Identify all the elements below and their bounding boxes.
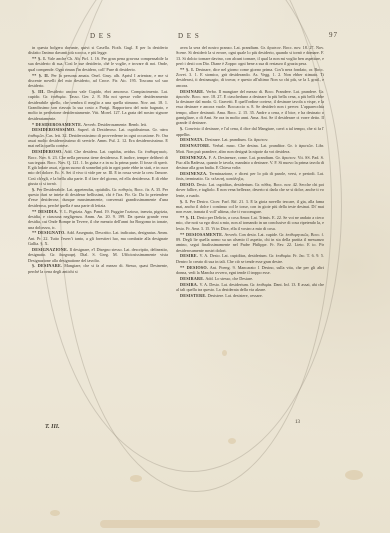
- entry-text: Desio. Lat. cupiditas, desiderium. Gr. π…: [176, 182, 324, 198]
- dictionary-entry: DESIRARE. Add. Lo stesso, che Desiare.: [176, 276, 324, 281]
- entry-text: Per Desiro. Cicer. Farf. Rif. 21. 3. E l…: [176, 199, 324, 215]
- entry-text: V. A. Desio. Lat. cupiditas, desiderium.…: [176, 253, 324, 263]
- entry-headword: ** DESIOSAMENTE.: [180, 232, 223, 237]
- entry-headword: DESISTERE.: [180, 293, 207, 298]
- dictionary-entry: DESINARE. Verbo. Il mangiare del mezzo d…: [176, 89, 324, 126]
- page-number: 97: [329, 31, 338, 39]
- dictionary-entry: in questa bolgera davante, quivi si Case…: [28, 45, 168, 56]
- dictionary-entry: DESISTERE. Desistere. Lat. desistere, ce…: [176, 293, 324, 298]
- entry-text: Desiderio ancora vale Cupido, ebri amoro…: [28, 89, 168, 120]
- foxing-stain: [345, 470, 363, 480]
- dictionary-entry: ** §. I. Desinare, dice nel giorno come …: [176, 67, 324, 88]
- entry-headword: ** §. I.: [180, 67, 194, 72]
- entry-headword: ** DESIDIA.: [32, 209, 58, 214]
- entry-text: V. A. Desio. Lat. desiderium. Gr. ἐπιθυμ…: [176, 282, 324, 292]
- foxing-stain: [50, 510, 60, 516]
- entry-text: Desinare, dice nel giorno come giorno pr…: [176, 67, 324, 88]
- entry-text: Add. Lo stesso, che Desiare.: [205, 276, 253, 281]
- dictionary-entry: DESIDEROSO. Add. Che desidera. Lat. cupi…: [28, 149, 168, 186]
- dictionary-entry: §. Convivio il desinare, e l'al cena, il…: [176, 126, 324, 137]
- entry-headword: ** DESIGNATO.: [32, 230, 66, 235]
- entry-text: Desistere. Lat. desistere, cessare.: [208, 293, 263, 298]
- entry-text: Per la persona amata. Onel. Gruy. alb. A…: [28, 73, 168, 89]
- entry-headword: DESINENZA.: [180, 171, 207, 176]
- dictionary-entry: ** §. I. Vale anche Ch. Ab. Pirl. 1. 16.…: [28, 56, 168, 72]
- entry-headword: ** §. II.: [32, 73, 49, 78]
- foxing-stain: [100, 520, 320, 528]
- entry-headword: §. DESINARE.: [32, 263, 62, 268]
- dictionary-entry: DESINENZA. Terminazione, e dicesi per lo…: [176, 171, 324, 182]
- entry-text: Verbo. Il mangiare del mezzo di. Bocc. P…: [176, 89, 324, 126]
- dictionary-entry: ** DESIDIA. V. L. Pigrizia. Agn. Pand. 1…: [28, 209, 168, 230]
- entry-headword: §.: [32, 187, 36, 192]
- dictionary-entry: ** DESIGNATO. Add. Assegnato, Descritto.…: [28, 230, 168, 246]
- dictionary-entry: ** DESIOSO. Ant. Poeng. 9. Mancarato 1 D…: [176, 265, 324, 276]
- gathering-number: 13: [295, 420, 300, 425]
- entry-text: avea la sera del nostro pranzo. Lat. pra…: [176, 45, 324, 66]
- header-left: D E S: [90, 32, 112, 40]
- entry-headword: DESINARE.: [180, 89, 205, 94]
- entry-headword: DESIGNAZIONE.: [32, 247, 68, 252]
- dictionary-entry: §. I. Per Desiro. Cicer. Farf. Rif. 21. …: [176, 199, 324, 215]
- dictionary-entry: DESINATORE. Verbal. masc. Che desina. La…: [176, 143, 324, 154]
- dictionary-entry: §. Per Desiderabile. Lat. appetendus, op…: [28, 187, 168, 208]
- dictionary-entry: ** DESIOSAMENTE. Avverb. Con desio. Lat.…: [176, 232, 324, 253]
- foxing-stain: [228, 438, 236, 444]
- entry-headword: DESIDEROSISSIMO.: [32, 127, 76, 132]
- entry-text: Per Desiderabile. Lat. appetendus, optab…: [28, 187, 168, 208]
- dictionary-entry: DESINENZA. F. A. Desinenze, come. Lat. p…: [176, 155, 324, 171]
- foxing-stain: [130, 475, 142, 482]
- entry-text: Convivio il desinare, e l'al cena, il di…: [176, 126, 324, 136]
- entry-headword: ** §. II.: [180, 215, 196, 220]
- header-center: D E S: [178, 32, 200, 40]
- entry-headword: ** §. I.: [32, 56, 46, 61]
- entry-headword: DESINATA.: [180, 137, 204, 142]
- dictionary-entry: DESIRA. V. A. Desio. Lat. desiderium. Gr…: [176, 282, 324, 293]
- dictionary-entry: avea la sera del nostro pranzo. Lat. pra…: [176, 45, 324, 66]
- entry-headword: DESIRA.: [180, 282, 198, 287]
- entry-text: Add. Che desidera. Lat. cupidus, avidus.…: [28, 149, 168, 186]
- entry-headword: DESIRE.: [180, 253, 198, 258]
- right-column: avea la sera del nostro pranzo. Lat. pra…: [176, 45, 324, 415]
- dictionary-entry: ** §. II. Per la persona amata. Onel. Gr…: [28, 73, 168, 89]
- entry-text: Avverb. Desiderosamente. Bemb. lett.: [83, 122, 147, 127]
- dictionary-entry: DESIRE. V. A. Desio. Lat. cupiditas, des…: [176, 253, 324, 264]
- dictionary-entry: * DESIDEROSAMENTE. Avverb. Desiderosamen…: [28, 122, 168, 127]
- entry-text: Vale anche Ch. Ab. Pirl. 1. 16. Per gran…: [28, 56, 168, 72]
- entry-text: Desio per Delirio, a cosa Amor. Lat. Tri…: [176, 215, 324, 231]
- dictionary-entry: DESINATA. Desinare. Lat. prandium. Gr. ἄ…: [176, 137, 324, 142]
- entry-headword: DESINENZA.: [180, 155, 207, 160]
- entry-headword: §. III.: [32, 89, 45, 94]
- dictionary-entry: DESIGNAZIONE. Il designare, e'l Disegno …: [28, 247, 168, 263]
- dictionary-entry: §. III. Desiderio ancora vale Cupido, eb…: [28, 89, 168, 121]
- dictionary-entry: §. DESINARE. Mangiare, che si fa al mezz…: [28, 263, 168, 274]
- entry-text: Desinare. Lat. prandium. Gr. ἄριστον.: [205, 137, 268, 142]
- entry-headword: §.: [180, 126, 184, 131]
- entry-headword: DESIO.: [180, 182, 195, 187]
- entry-headword: §. I.: [180, 199, 188, 204]
- entry-headword: DESIRARE.: [180, 276, 205, 281]
- running-header: D E S D E S 97: [28, 32, 338, 42]
- scanned-page: D E S D E S 97 in questa bolgera davante…: [0, 0, 390, 533]
- signature-mark: T. III.: [45, 424, 60, 430]
- entry-headword: ** DESIOSO.: [180, 265, 208, 270]
- entry-headword: DESINATORE.: [180, 143, 211, 148]
- entry-text: in questa bolgera davante, quivi si Case…: [28, 45, 168, 55]
- dictionary-entry: DESIDEROSISSIMO. Superl. di Desideroso. …: [28, 127, 168, 148]
- left-column: in questa bolgera davante, quivi si Case…: [28, 45, 168, 430]
- dictionary-entry: ** §. II. Desio per Delirio, a cosa Amor…: [176, 215, 324, 231]
- dictionary-entry: DESIO. Desio. Lat. cupiditas, desiderium…: [176, 182, 324, 198]
- entry-headword: DESIDEROSO.: [32, 149, 63, 154]
- entry-headword: * DESIDEROSAMENTE.: [32, 122, 82, 127]
